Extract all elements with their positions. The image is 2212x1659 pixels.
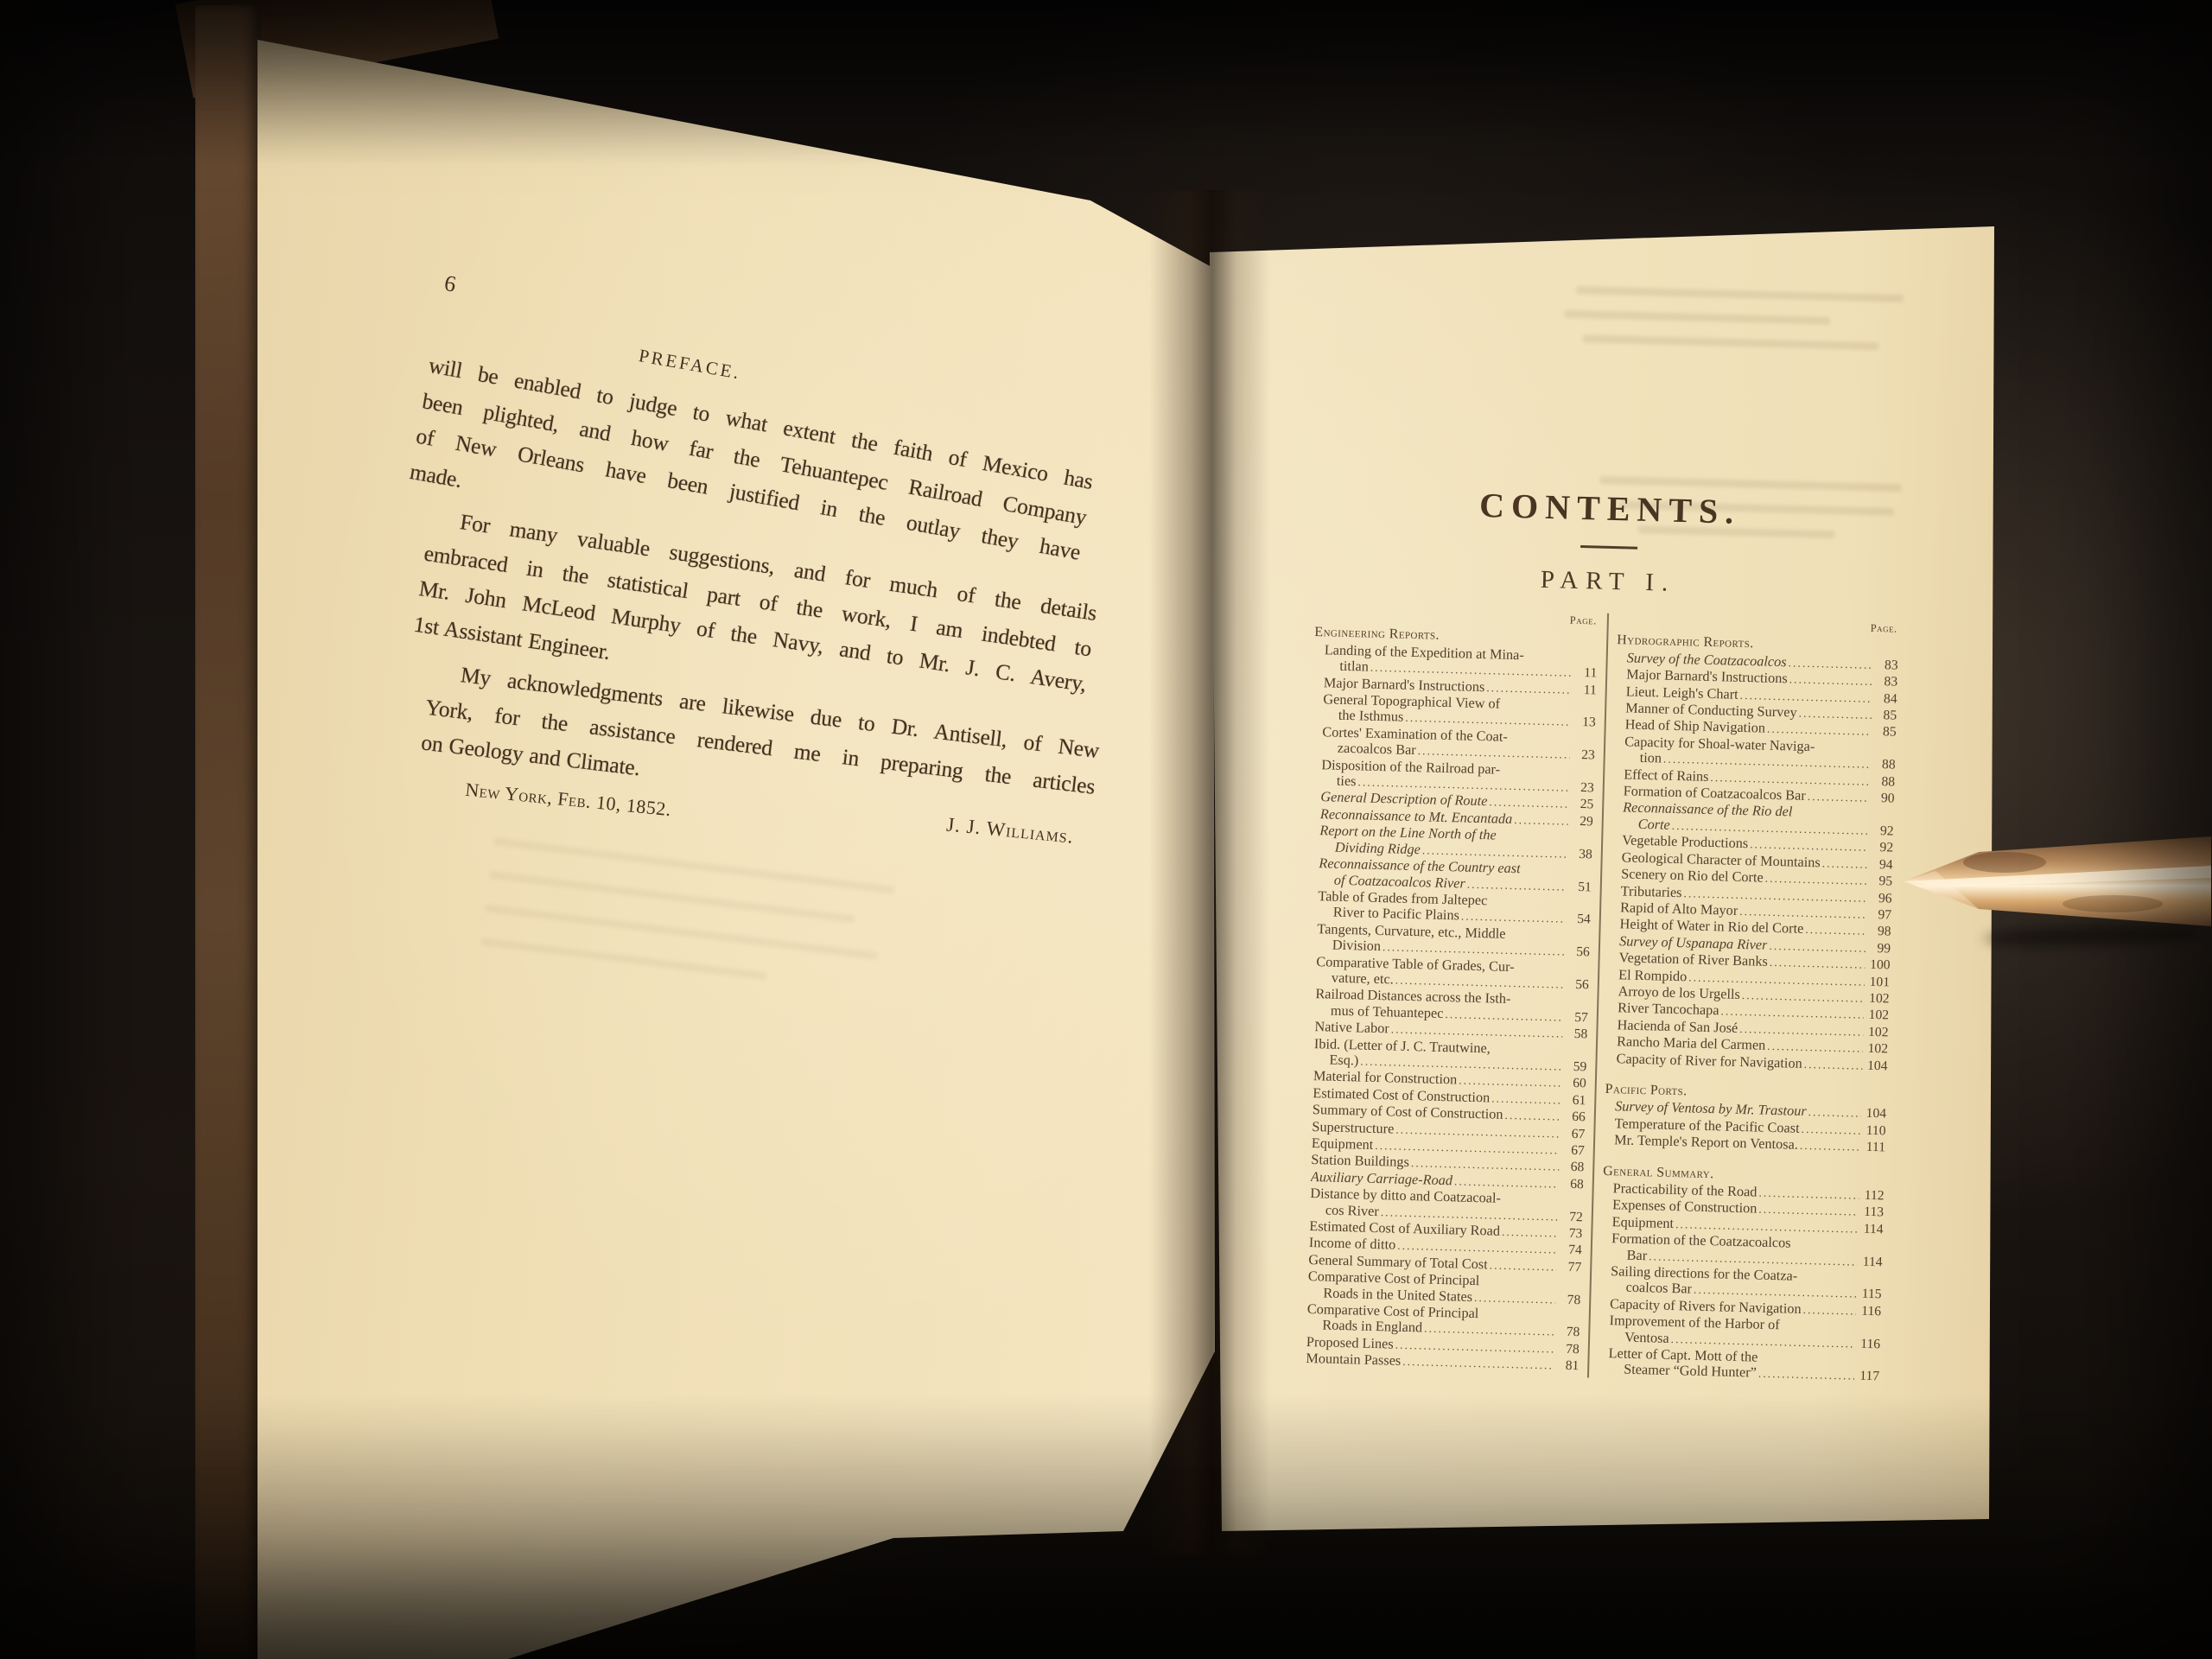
toc-entry-title: Proposed Lines: [1306, 1334, 1394, 1352]
toc-page-number: 73: [1560, 1226, 1582, 1243]
toc-entry-title: Division: [1332, 938, 1382, 955]
toc-page-number: 77: [1559, 1259, 1581, 1275]
toc-entry-title: Mountain Passes: [1306, 1351, 1401, 1369]
toc-page-number: 104: [1864, 1106, 1886, 1122]
preface-page: 6 PREFACE. will be enabled to judge to w…: [432, 275, 1106, 798]
toc-entry-title: Rapid of Alto Mayor: [1620, 899, 1738, 918]
dot-leader: [1461, 908, 1566, 928]
toc-entry-title: River to Pacific Plains: [1333, 905, 1459, 924]
dot-leader: [1459, 1072, 1561, 1092]
toc-page-number: 56: [1567, 944, 1590, 961]
page-gutter-shadow: [1149, 190, 1270, 1555]
dot-leader: [1486, 679, 1572, 698]
book-cover-edge: [195, 5, 261, 1659]
toc-page-number: 111: [1863, 1140, 1885, 1156]
toc-page-number: 104: [1865, 1058, 1887, 1074]
toc-entry-title: Superstructure: [1312, 1119, 1394, 1137]
page-number: 6: [442, 270, 458, 298]
dot-leader: [1808, 1103, 1861, 1122]
toc-page-number: 112: [1861, 1188, 1884, 1205]
toc-page-number: 101: [1867, 974, 1890, 990]
book-photo: 6 PREFACE. will be enabled to judge to w…: [0, 0, 2212, 1659]
toc-page-number: 23: [1572, 780, 1594, 797]
toc-entry-title: Equipment: [1611, 1214, 1674, 1231]
toc-page-number: 88: [1872, 774, 1895, 791]
dot-leader: [1767, 721, 1872, 741]
toc-page-number: 13: [1573, 715, 1596, 731]
toc-page-number: 102: [1866, 1025, 1888, 1041]
dot-leader: [1802, 1301, 1856, 1319]
dot-leader: [1800, 1137, 1861, 1155]
toc-page-number: 66: [1563, 1109, 1586, 1126]
part-heading: PART I.: [1316, 560, 1901, 604]
toc-page-number: 116: [1859, 1304, 1881, 1320]
toc-page-number: 23: [1573, 747, 1595, 764]
toc-page-number: 84: [1874, 691, 1897, 708]
dot-leader: [1805, 921, 1866, 939]
dot-leader: [1467, 875, 1567, 894]
toc-page-number: 72: [1560, 1209, 1583, 1225]
toc-entry-title: Corte: [1637, 817, 1670, 833]
dot-leader: [1788, 654, 1873, 673]
dot-leader: [1491, 1090, 1561, 1108]
toc-page-number: 113: [1861, 1205, 1884, 1221]
dot-leader: [1402, 1353, 1554, 1374]
toc-page-number: 85: [1874, 708, 1897, 724]
toc-entry-title: Effect of Rains: [1624, 766, 1709, 785]
toc-entry-title: Ventosa: [1624, 1329, 1669, 1346]
dot-leader: [1504, 1107, 1560, 1125]
dot-leader: [1514, 811, 1568, 829]
toc-page-number: 81: [1556, 1358, 1579, 1375]
toc-page-number: 90: [1872, 791, 1894, 807]
toc-entry-title: tion: [1639, 750, 1662, 766]
toc-page-number: 78: [1557, 1341, 1580, 1357]
toc-page-number: 114: [1859, 1254, 1882, 1270]
toc-entry-title: Lieut. Leigh's Chart: [1625, 683, 1738, 702]
toc-entry-title: River Tancochapa: [1618, 1001, 1719, 1019]
toc-entry-title: zacoalcos Bar: [1338, 741, 1416, 759]
dot-leader: [1821, 855, 1867, 873]
table-of-contents: Page.Engineering Reports.Landing of the …: [1295, 606, 1899, 1385]
toc-entry-title: titlan: [1339, 658, 1369, 675]
toc-entry-title: mus of Tehuantepec: [1331, 1002, 1444, 1021]
toc-page-number: 67: [1562, 1126, 1585, 1142]
contents-page: CONTENTS. PART I. Page.Engineering Repor…: [1295, 480, 1903, 1385]
toc-entry-title: Equipment: [1312, 1135, 1374, 1153]
dot-leader: [1489, 794, 1568, 813]
toc-page-number: 114: [1860, 1222, 1883, 1238]
toc-page-number: 38: [1570, 846, 1592, 862]
dot-leader: [1739, 1020, 1864, 1040]
toc-page-number: 117: [1857, 1369, 1879, 1385]
dot-leader: [1767, 1038, 1863, 1057]
toc-entry-title: Bar: [1626, 1247, 1647, 1263]
toc-entry-title: vature, etc.: [1332, 970, 1394, 988]
dot-leader: [1808, 788, 1870, 806]
toc-page-number: 78: [1558, 1292, 1580, 1308]
toc-entry-title: Tributaries: [1620, 883, 1681, 900]
toc-page-number: 102: [1866, 991, 1889, 1007]
toc-entry-title: Income of ditto: [1309, 1235, 1396, 1253]
toc-entry-title: coalcos Bar: [1625, 1280, 1692, 1297]
dot-leader: [1803, 1056, 1862, 1074]
toc-page-number: 83: [1875, 658, 1897, 674]
toc-entry-title: El Rompido: [1618, 967, 1688, 984]
toc-entry-title: Hacienda of San José: [1617, 1017, 1738, 1036]
toc-page-number: 60: [1564, 1076, 1586, 1092]
dot-leader: [1739, 903, 1866, 923]
toc-page-number: 102: [1866, 1041, 1888, 1058]
toc-page-number: 58: [1565, 1027, 1587, 1043]
contents-rule: [1580, 545, 1637, 550]
toc-column-right: Page.Hydrographic Reports.Survey of the …: [1587, 613, 1899, 1385]
toc-page-number: 56: [1567, 977, 1589, 994]
dot-leader: [1801, 1121, 1860, 1139]
toc-page-number: 25: [1571, 797, 1593, 813]
dot-leader: [1739, 686, 1872, 706]
toc-entry-title: ties: [1337, 773, 1357, 790]
dot-leader: [1789, 671, 1872, 690]
dot-leader: [1750, 836, 1868, 855]
toc-page-number: 11: [1574, 682, 1597, 698]
toc-page-number: 74: [1560, 1243, 1582, 1259]
dot-leader: [1798, 705, 1872, 724]
letter-opener: [1884, 819, 2212, 950]
toc-entry-title: Arroyo de los Urgells: [1618, 983, 1740, 1002]
toc-page-number: 68: [1561, 1160, 1584, 1176]
toc-page-number: 11: [1574, 665, 1597, 682]
toc-page-number: 83: [1875, 674, 1897, 690]
toc-entry-title: Vegetable Productions: [1622, 833, 1748, 852]
toc-page-number: 57: [1566, 1009, 1588, 1026]
dot-leader: [1502, 1224, 1558, 1242]
toc-page-number: 29: [1571, 814, 1593, 830]
toc-page-number: 54: [1568, 912, 1591, 928]
toc-page-number: 68: [1561, 1176, 1584, 1192]
toc-entry-title: Roads in England: [1322, 1318, 1422, 1336]
toc-entry-title: Station Buildings: [1311, 1152, 1409, 1170]
toc-page-number: 51: [1569, 879, 1592, 895]
dot-leader: [1758, 1365, 1855, 1384]
toc-entry-title: Native Labor: [1314, 1019, 1389, 1037]
toc-entry-title: Steamer “Gold Hunter”: [1624, 1362, 1757, 1381]
toc-entry-title: Dividing Ridge: [1335, 839, 1421, 857]
toc-page-number: 100: [1867, 957, 1890, 974]
toc-page-number: 88: [1872, 757, 1895, 773]
toc-page-number: 59: [1564, 1059, 1586, 1076]
toc-page-number: 85: [1873, 724, 1896, 741]
toc-page-number: 110: [1863, 1123, 1885, 1140]
toc-page-number: 115: [1859, 1287, 1881, 1303]
toc-page-number: 116: [1858, 1336, 1880, 1352]
dot-leader: [1454, 1173, 1559, 1192]
toc-entry-title: cos River: [1325, 1202, 1379, 1219]
toc-entry-title: the Isthmus: [1338, 708, 1404, 725]
dot-leader: [1490, 1256, 1557, 1274]
toc-page-number: 67: [1562, 1143, 1585, 1160]
toc-page-number: 78: [1557, 1325, 1580, 1341]
toc-column-left: Page.Engineering Reports.Landing of the …: [1295, 606, 1607, 1377]
toc-page-number: 102: [1866, 1007, 1889, 1024]
toc-entry-title: Esq.): [1329, 1052, 1358, 1069]
toc-page-number: 61: [1563, 1092, 1586, 1109]
dot-leader: [1474, 1289, 1556, 1308]
